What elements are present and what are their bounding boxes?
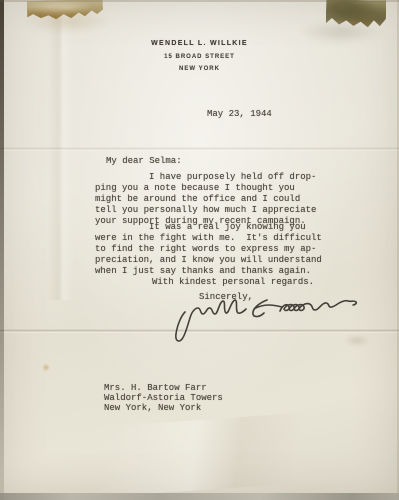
tape-residue-top-left <box>27 0 103 20</box>
fold-line-top <box>0 147 399 151</box>
date-line: May 23, 1944 <box>207 109 272 120</box>
letterhead-city: NEW YORK <box>0 66 399 72</box>
tape-residue-top-right <box>326 0 386 28</box>
paper-crease-diagonal <box>38 409 362 500</box>
stain-spot <box>42 364 50 371</box>
body-paragraph-1: I have purposely held off drop- ping you… <box>95 172 316 227</box>
signature <box>152 296 372 350</box>
salutation: My dear Selma: <box>106 156 182 167</box>
letterhead: WENDELL L. WILLKIE 15 BROAD STREET NEW Y… <box>0 40 399 78</box>
body-paragraph-2: It was a real joy knowing you were in th… <box>95 222 322 277</box>
recipient-address: Mrs. H. Bartow Farr Waldorf-Astoria Towe… <box>104 383 223 413</box>
photo-edge-top <box>0 0 399 2</box>
letterhead-street: 15 BROAD STREET <box>0 54 399 60</box>
photo-edge-bottom <box>0 493 399 500</box>
letterhead-name: WENDELL L. WILLKIE <box>0 40 399 47</box>
letter-photo: WENDELL L. WILLKIE 15 BROAD STREET NEW Y… <box>0 0 399 500</box>
closing-regards: With kindest personal regards. <box>152 277 314 288</box>
tape-stain-halo <box>22 8 112 34</box>
photo-edge-left <box>0 0 4 500</box>
